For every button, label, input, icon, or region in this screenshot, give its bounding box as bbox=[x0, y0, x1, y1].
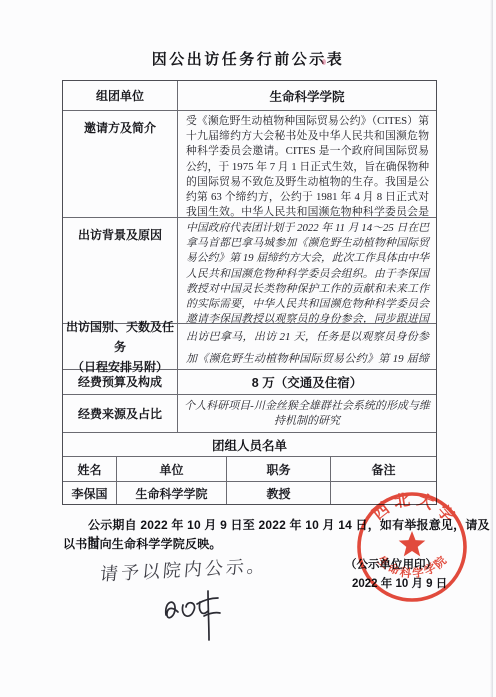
roster-header-title: 职务 bbox=[227, 457, 331, 481]
page-title: 因公出访任务行前公示表 bbox=[0, 48, 496, 69]
table-row: 经费预算及构成 8 万（交通及住宿） bbox=[63, 369, 436, 394]
row-value: 中国政府代表团计划于 2022 年 11 月 14～25 日在巴拿马首都巴拿马城… bbox=[178, 218, 436, 323]
row-value: 生命科学学院 bbox=[178, 81, 436, 110]
scanned-document-page: 因公出访任务行前公示表 组团单位 生命科学学院 邀请方及简介 受《濒危野生动植物… bbox=[0, 0, 496, 697]
row-label: 经费来源及占比 bbox=[63, 395, 178, 432]
stamp-college-text: 生命科学学院 bbox=[375, 552, 451, 581]
page-edge-shadow bbox=[490, 0, 493, 697]
row-label: 经费预算及构成 bbox=[63, 370, 178, 394]
row-label: 组团单位 bbox=[63, 81, 178, 110]
roster-unit: 生命科学学院 bbox=[117, 482, 227, 504]
svg-text:生命科学学院: 生命科学学院 bbox=[375, 552, 451, 581]
roster-header-name: 姓名 bbox=[63, 457, 117, 481]
row-label: 出访背景及原因 bbox=[63, 218, 178, 323]
roster-header-remark: 备注 bbox=[331, 457, 436, 481]
table-row: 出访国别、天数及任务 （日程安排另附） 出访巴拿马，出访 21 天，任务是以观察… bbox=[63, 323, 436, 369]
red-speck bbox=[322, 59, 326, 65]
stamp-university-text: 西北大学 bbox=[369, 490, 461, 530]
roster-name: 李保国 bbox=[63, 482, 117, 504]
roster-header-row: 姓名 单位 职务 备注 bbox=[63, 456, 436, 481]
table-row: 出访背景及原因 中国政府代表团计划于 2022 年 11 月 14～25 日在巴… bbox=[63, 217, 436, 323]
row-label: 出访国别、天数及任务 （日程安排另附） bbox=[63, 324, 178, 369]
table-row: 组团单位 生命科学学院 bbox=[63, 81, 436, 110]
handwritten-signature bbox=[160, 588, 246, 644]
form-table: 组团单位 生命科学学院 邀请方及简介 受《濒危野生动植物种国际贸易公约》（CIT… bbox=[62, 80, 437, 505]
row-value: 出访巴拿马，出访 21 天，任务是以观察员身份参加《濒危野生动植物种国际贸易公约… bbox=[178, 324, 436, 369]
row-value: 8 万（交通及住宿） bbox=[178, 370, 436, 394]
svg-text:西北大学: 西北大学 bbox=[369, 490, 461, 530]
row-label-line1: 出访国别、天数及任务 bbox=[63, 317, 177, 357]
handwritten-note: 请予以院内公示。 bbox=[99, 552, 269, 587]
row-value: 受《濒危野生动植物种国际贸易公约》（CITES）第十九届缔约方大会秘书处及中华人… bbox=[178, 111, 436, 217]
notice-line2: 以书面向生命科学学院反映。 bbox=[63, 535, 222, 552]
table-row: 经费来源及占比 个人科研项目-川金丝猴全雄群社会系统的形成与维持机制的研究 bbox=[63, 394, 436, 432]
official-stamp: 西北大学 生命科学学院 bbox=[350, 485, 474, 609]
table-row: 邀请方及简介 受《濒危野生动植物种国际贸易公约》（CITES）第十九届缔约方大会… bbox=[63, 110, 436, 217]
stamp-star-icon bbox=[399, 531, 426, 556]
roster-header-unit: 单位 bbox=[117, 457, 227, 481]
row-label: 邀请方及简介 bbox=[63, 111, 178, 217]
roster-title: 教授 bbox=[227, 482, 331, 504]
roster-section-title: 团组人员名单 bbox=[63, 432, 436, 456]
row-value: 个人科研项目-川金丝猴全雄群社会系统的形成与维持机制的研究 bbox=[178, 395, 436, 432]
